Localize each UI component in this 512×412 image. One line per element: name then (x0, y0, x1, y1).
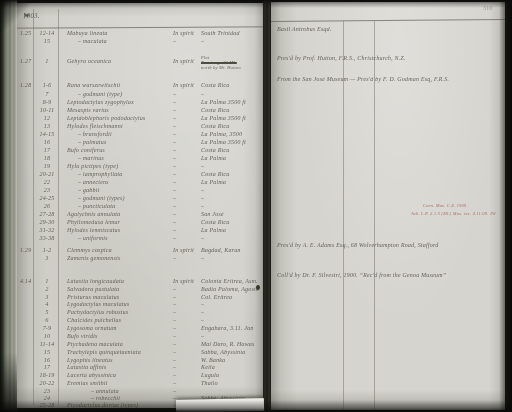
species-name: Eremias smithii (67, 381, 108, 388)
specimen-numbers: 27-28 (36, 212, 58, 219)
header-rule-left (17, 26, 263, 28)
locality: – (201, 302, 204, 309)
locality: La Palma 3500 ft (201, 100, 246, 107)
specimen-numbers: 25-28 (36, 403, 58, 410)
locality: La Palma, 3500 (201, 132, 242, 139)
specimen-numbers: 10 (36, 334, 58, 341)
species-name: – gabbii (78, 188, 99, 195)
specimen-numbers: 18 (36, 156, 58, 163)
locality: Badia Paloma, Agosto (201, 287, 259, 294)
locality: – (201, 188, 204, 195)
locality: Colonia Eritrea, Asm. (201, 279, 258, 286)
locality: La Palma (201, 156, 226, 163)
species-name: Latastia affinis (67, 365, 106, 372)
ink-blot (256, 285, 260, 290)
locality: – (201, 204, 204, 211)
locality: Costa Rica (201, 172, 230, 179)
acquisition-note: Pres'd by A. E. Adams Esq., 68 Wolverham… (277, 243, 438, 250)
species-name: Hyla pictipes (type) (67, 164, 118, 171)
species-name: – marinus (78, 156, 104, 163)
acquisition-method: – (173, 350, 176, 357)
specimen-numbers: 1-2 (36, 248, 58, 255)
acquisition-method: – (173, 373, 176, 380)
page-number: 310 (483, 6, 493, 13)
locality: Costa Rica (201, 124, 230, 131)
specimen-numbers: 20-21 (36, 172, 58, 179)
specimen-numbers: 24-25 (36, 196, 58, 203)
species-name: Latastia longicaudata (67, 279, 124, 286)
locality: Costa Rica (201, 108, 230, 115)
acquisition-method: In spirit (173, 59, 194, 66)
specimen-numbers: 29-30 (36, 220, 58, 227)
specimen-numbers: 22 (36, 180, 58, 187)
specimen-numbers: 1 (36, 59, 58, 66)
species-name: Salvadora pustulata (67, 287, 119, 294)
species-name: Gehyra oceanica (67, 59, 111, 66)
acquisition-method: – (173, 302, 176, 309)
species-name: Lacerta abyssinica (67, 373, 116, 380)
acquisition-method: – (173, 100, 176, 107)
red-annotation-line-1: Carn. Mus. C.Z. 1909 (423, 203, 466, 208)
paper-slip-edge (176, 398, 264, 412)
book-page-edges (0, 0, 17, 412)
specimen-numbers: 17 (36, 148, 58, 155)
species-name: – puncticulata (78, 204, 115, 211)
specimen-numbers: 1 (36, 279, 58, 286)
specimen-numbers: 15 (36, 39, 58, 46)
locality: – (201, 92, 204, 99)
species-name: Bufo coniferus (67, 148, 105, 155)
species-name: Lepidoblepharis pododactylus (67, 116, 145, 123)
date-column-rule (33, 9, 34, 405)
locality: Mai Daro, R. Hawas (201, 342, 255, 349)
acquisition-method: In spirit (173, 31, 194, 38)
specimen-numbers: 7-9 (36, 326, 58, 333)
species-name: Ptyodactylus doriae (types) (67, 403, 138, 410)
specimen-numbers: 13 (36, 124, 58, 131)
specimen-numbers: 8-9 (36, 100, 58, 107)
locality: Lugula (201, 373, 219, 380)
specimen-numbers: 6 (36, 318, 58, 325)
specimen-numbers: 2 (36, 287, 58, 294)
locality: – (201, 334, 204, 341)
acquisition-method: In spirit (173, 83, 194, 90)
locality: La Palma 3500 ft (201, 140, 246, 147)
species-name: Phyllomedusa lemur (67, 220, 120, 227)
ledger-left-page: 1903. 1.2512-14Mabuya lineataIn spiritSo… (17, 3, 263, 408)
acquisition-method: – (173, 148, 176, 155)
locality: – (201, 236, 204, 243)
specimen-numbers: 23 (36, 188, 58, 195)
locality: La Palma 3500 ft (201, 116, 246, 123)
locality: Keila (201, 365, 215, 372)
acquisition-method: – (173, 256, 176, 263)
ledger-photo: 1903. 1.2512-14Mabuya lineataIn spiritSo… (0, 0, 512, 412)
specimen-numbers: 12 (36, 116, 58, 123)
specimen-numbers: 33-38 (36, 236, 58, 243)
specimen-numbers: 16 (36, 140, 58, 147)
species-name: Clemmys caspica (67, 248, 112, 255)
locality: Costa Rica (201, 83, 230, 90)
locality: Col. Eritrea (201, 295, 232, 302)
specimen-numbers: 7 (36, 92, 58, 99)
species-name: Chalcides pulchellus (67, 318, 121, 325)
specimen-numbers: 16 (36, 358, 58, 365)
species-name: – lamprophyllata (78, 172, 122, 179)
header-rule-right (271, 19, 505, 22)
species-name: Leptodactylus zygophylax (67, 100, 134, 107)
entry-date: 4.14 (20, 279, 31, 286)
specimen-numbers: 18-19 (36, 373, 58, 380)
specimen-numbers: 12-14 (36, 31, 58, 38)
specimen-numbers: 14-15 (36, 132, 58, 139)
acquisition-method: – (173, 220, 176, 227)
locality: La Palma (201, 180, 226, 187)
ledger-right-page: 310 Basil Antrobus Esqd.Pres'd by Prof. … (271, 2, 505, 410)
specimen-numbers: 15 (36, 350, 58, 357)
locality: South Trinidad (201, 31, 240, 38)
acquisition-method: – (173, 196, 176, 203)
acquisition-method: In spirit (173, 279, 194, 286)
acquisition-method: – (173, 326, 176, 333)
acquisition-note: Coll'd by Dr. F. Silvestri, 1900. “Rec'd… (277, 273, 446, 280)
species-name: Hylodes fleischmanni (67, 124, 123, 131)
specimen-numbers: 1-6 (36, 83, 58, 90)
species-name: – bransfordii (78, 132, 112, 139)
species-name: – robecchii (91, 396, 120, 403)
specimen-numbers: 31-32 (36, 228, 58, 235)
species-name: Zamenis gemonensis (67, 256, 120, 263)
species-name: Rana warszewitschii (67, 83, 120, 90)
locality: Costa Rica (201, 220, 230, 227)
acquisition-note: From the San José Museum — Pres'd by F. … (277, 77, 449, 84)
specimen-numbers: 5 (36, 310, 58, 317)
locality: Bagdad, Karun (201, 248, 241, 255)
locality: – (201, 164, 204, 171)
species-name: – godmani (types) (78, 196, 125, 203)
species-name: Lygosoma ornatum (67, 326, 117, 333)
species-name: Mesaspis varius (67, 108, 109, 115)
locality: – (201, 310, 204, 317)
entry-date: 1.27 (20, 59, 31, 66)
specimen-numbers: 20-22 (36, 381, 58, 388)
species-name: Lygophis lineatus (67, 358, 113, 365)
locality: – (201, 256, 204, 263)
locality: – (201, 39, 204, 46)
locality-correction: north by Mr. Hutton (201, 65, 241, 70)
acquisition-method: – (173, 164, 176, 171)
acquisition-method: – (173, 318, 176, 325)
species-name: Bufo viridis (67, 334, 98, 341)
acquisition-method: – (173, 381, 176, 388)
acquisition-method: – (173, 228, 176, 235)
species-name: Lygodactylus maculatus (67, 302, 129, 309)
acquisition-method: – (173, 342, 176, 349)
acquisition-method: – (173, 92, 176, 99)
acquisition-method: – (173, 188, 176, 195)
acquisition-method: – (173, 334, 176, 341)
acquisition-method: – (173, 212, 176, 219)
species-name: – annulata (91, 389, 119, 396)
acquisition-method: – (173, 124, 176, 131)
acquisition-note: Pres'd by Prof. Hutton, F.R.S., Christch… (277, 56, 406, 63)
locality: Thailo (201, 381, 218, 388)
locality: Sabba, Abyssinia (201, 350, 245, 357)
locality: Costa Rica (201, 148, 230, 155)
species-name: Trachylepis quinquetaeniata (67, 350, 141, 357)
red-annotation-line-2: Ack. L.P. 2.1.5 (Ml.) Mus. rec. 4.11.09.… (411, 211, 496, 216)
acquisition-method: – (173, 236, 176, 243)
specimen-numbers: 3 (36, 295, 58, 302)
acquisition-method: In spirit (173, 248, 194, 255)
acquisition-method: – (173, 116, 176, 123)
acquisition-method: – (173, 39, 176, 46)
acquisition-note: Basil Antrobus Esqd. (277, 27, 332, 34)
species-name: Pachydactylus robustus (67, 310, 128, 317)
species-name: – annectens (78, 180, 109, 187)
locality: – (201, 196, 204, 203)
entry-date: 1.28 (20, 83, 31, 90)
specimen-numbers: 23 (36, 389, 58, 396)
species-name: Ptychadena maculata (67, 342, 123, 349)
species-name: – godmani (type) (78, 92, 122, 99)
locality: – (201, 318, 204, 325)
specimen-numbers: 26 (36, 204, 58, 211)
acquisition-method: – (173, 180, 176, 187)
acquisition-method: – (173, 310, 176, 317)
specimen-numbers: 11-14 (36, 342, 58, 349)
specimen-numbers: 17 (36, 365, 58, 372)
species-name: Pristurus maculatus (67, 295, 119, 302)
acquisition-method: – (173, 156, 176, 163)
locality: W. Banka (201, 358, 225, 365)
number-column-rule (58, 9, 59, 405)
acquisition-method: – (173, 140, 176, 147)
entry-date: 1.25 (20, 31, 31, 38)
locality: La Palma (201, 228, 226, 235)
corner-ink-mark: w (24, 11, 30, 19)
species-name: Agalychnis annulata (67, 212, 120, 219)
specimen-numbers: 24 (36, 396, 58, 403)
entry-date: 1.29 (20, 248, 31, 255)
locality: Engabara, 3.11. Jan (201, 326, 254, 333)
acquisition-method: – (173, 358, 176, 365)
specimen-numbers: 19 (36, 164, 58, 171)
acquisition-method: – (173, 287, 176, 294)
specimen-numbers: 3 (36, 256, 58, 263)
species-name: – maculata (78, 39, 107, 46)
acquisition-method: – (173, 108, 176, 115)
acquisition-method: – (173, 172, 176, 179)
locality: San José (201, 212, 224, 219)
acquisition-method: – (173, 132, 176, 139)
acquisition-method: – (173, 204, 176, 211)
specimen-numbers: 10-11 (36, 108, 58, 115)
species-name: – palmatus (78, 140, 107, 147)
acquisition-method: – (173, 389, 176, 396)
acquisition-method: – (173, 295, 176, 302)
acquisition-method: – (173, 365, 176, 372)
specimen-numbers: 4 (36, 302, 58, 309)
species-name: – uniformis (78, 236, 108, 243)
species-name: Hylodes lemniscatus (67, 228, 120, 235)
species-name: Mabuya lineata (67, 31, 108, 38)
